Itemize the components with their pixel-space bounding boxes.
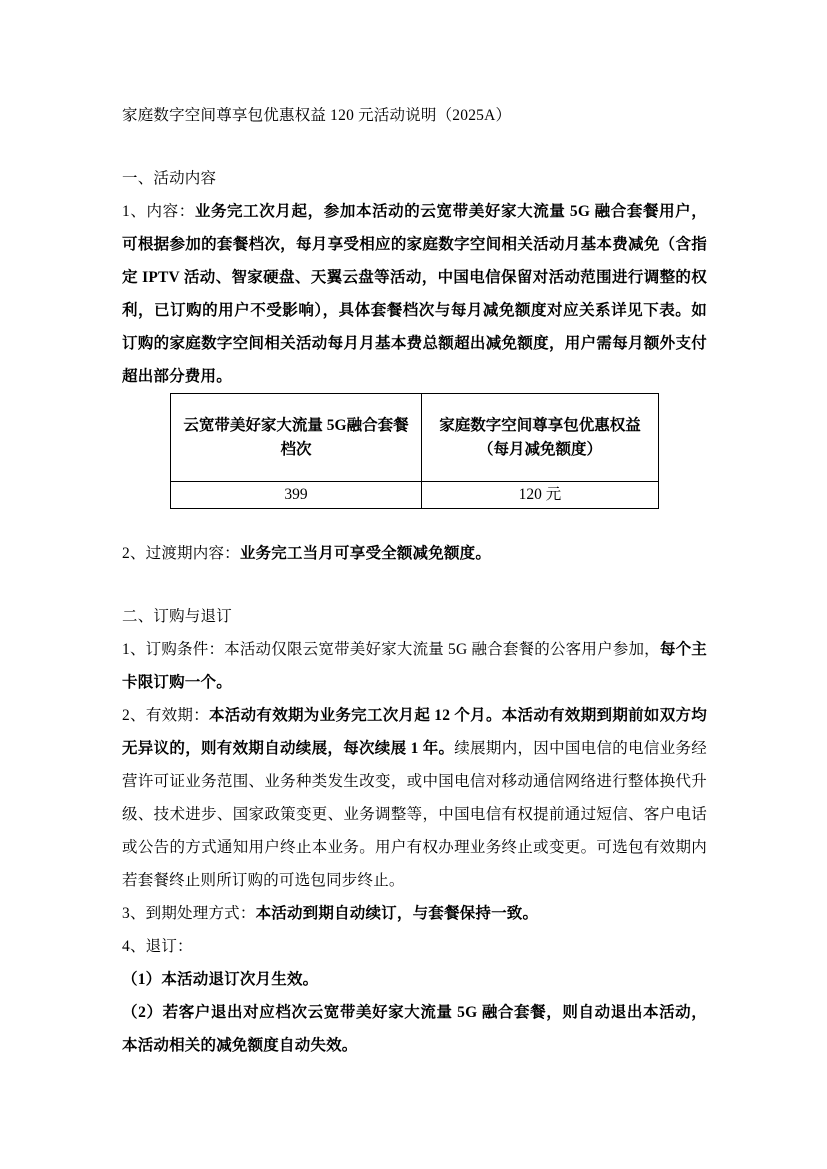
paragraph-bold-text: （2）若客户退出对应档次云宽带美好家大流量 5G 融合套餐，则自动退出本活动，本…: [122, 1004, 707, 1054]
document-page: 家庭数字空间尊享包优惠权益 120 元活动说明（2025A） 一、活动内容 1、…: [0, 0, 827, 1169]
paragraph-label: 2、过渡期内容：: [122, 545, 240, 562]
benefit-header-line1: 家庭数字空间尊享包优惠权益: [428, 414, 652, 438]
benefit-table: 云宽带美好家大流量 5G融合套餐档次 家庭数字空间尊享包优惠权益 （每月减免额度…: [170, 393, 659, 509]
section-2-paragraph-validity: 2、有效期：本活动有效期为业务完工次月起 12 个月。本活动有效期到期前如双方均…: [122, 699, 707, 897]
section-1-paragraph-content: 1、内容：业务完工次月起，参加本活动的云宽带美好家大流量 5G 融合套餐用户，可…: [122, 195, 707, 393]
benefit-table-header-package: 云宽带美好家大流量 5G融合套餐档次: [171, 394, 422, 482]
paragraph-bold-text: 本活动到期自动续订，与套餐保持一致。: [256, 905, 539, 922]
section-2-unsubscribe-item-1: （1）本活动退订次月生效。: [122, 963, 707, 996]
benefit-table-cell-discount: 120 元: [422, 482, 659, 509]
paragraph-label: 3、到期处理方式：: [122, 905, 256, 922]
section-2-unsubscribe-item-2: （2）若客户退出对应档次云宽带美好家大流量 5G 融合套餐，则自动退出本活动，本…: [122, 996, 707, 1062]
paragraph-label: 1、内容：: [122, 203, 195, 220]
benefit-table-cell-package-tier: 399: [171, 482, 422, 509]
section-2-paragraph-unsubscribe-label: 4、退订：: [122, 930, 707, 963]
paragraph-label: 1、订购条件：本活动仅限云宽带美好家大流量 5G 融合套餐的公客用户参加，: [122, 641, 660, 658]
paragraph-bold-text: 业务完工次月起，参加本活动的云宽带美好家大流量 5G 融合套餐用户，可根据参加的…: [122, 203, 707, 385]
benefit-table-data-row: 399 120 元: [171, 482, 659, 509]
paragraph-label: 2、有效期：: [122, 707, 209, 724]
section-1-paragraph-transition: 2、过渡期内容：业务完工当月可享受全额减免额度。: [122, 537, 707, 570]
document-title: 家庭数字空间尊享包优惠权益 120 元活动说明（2025A）: [122, 99, 707, 132]
paragraph-regular-text: 续展期内，因中国电信的电信业务经营许可证业务范围、业务种类发生改变，或中国电信对…: [122, 740, 707, 889]
benefit-table-header-row: 云宽带美好家大流量 5G融合套餐档次 家庭数字空间尊享包优惠权益 （每月减免额度…: [171, 394, 659, 482]
benefit-table-header-benefit: 家庭数字空间尊享包优惠权益 （每月减免额度）: [422, 394, 659, 482]
section-1-heading: 一、活动内容: [122, 162, 707, 195]
section-2-paragraph-expiry-handling: 3、到期处理方式：本活动到期自动续订，与套餐保持一致。: [122, 897, 707, 930]
section-2-heading: 二、订购与退订: [122, 600, 707, 633]
paragraph-label: 4、退订：: [122, 938, 193, 955]
section-2-paragraph-order-condition: 1、订购条件：本活动仅限云宽带美好家大流量 5G 融合套餐的公客用户参加，每个主…: [122, 633, 707, 699]
benefit-header-line2: （每月减免额度）: [428, 438, 652, 462]
paragraph-bold-text: 业务完工当月可享受全额减免额度。: [240, 545, 491, 562]
paragraph-bold-text: （1）本活动退订次月生效。: [122, 971, 318, 988]
